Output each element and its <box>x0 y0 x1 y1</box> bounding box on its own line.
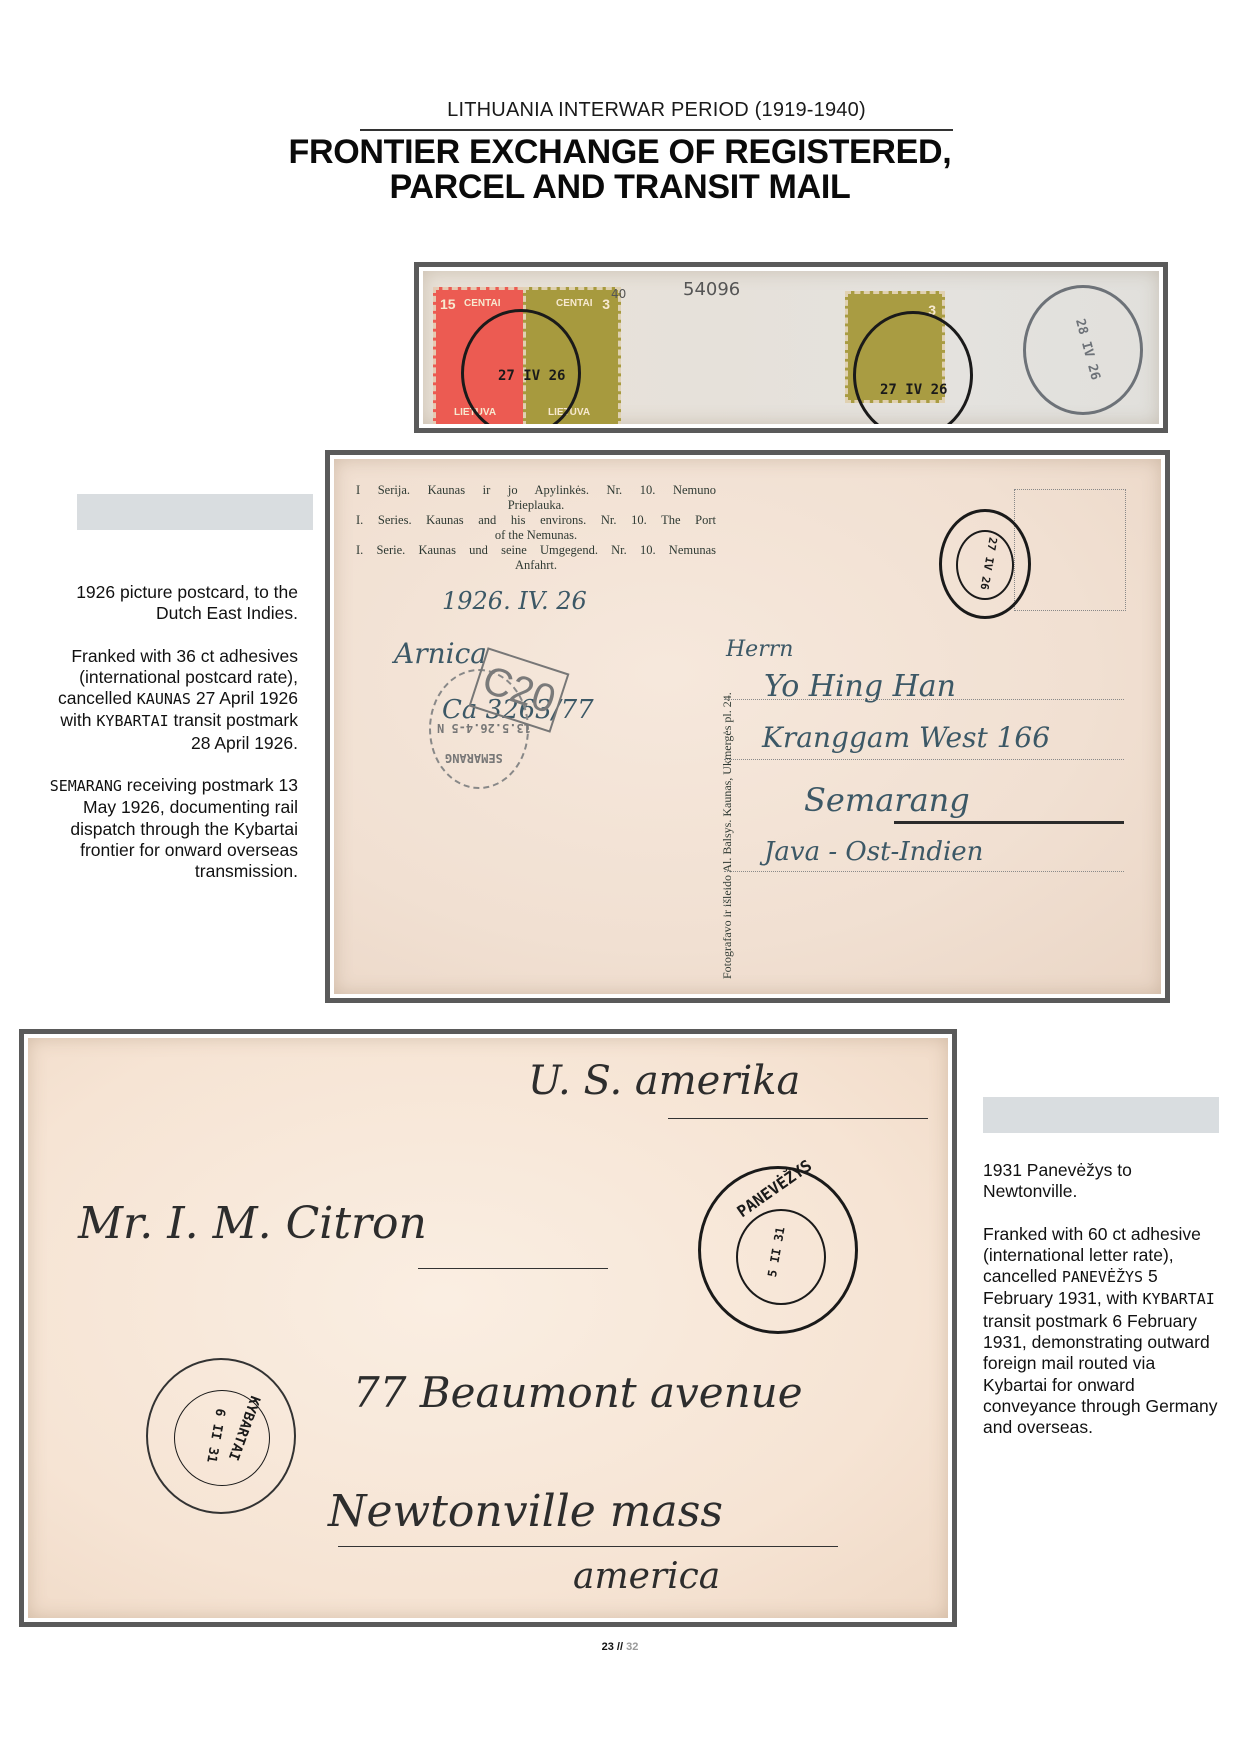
caption-postcard-intro: 1926 picture postcard, to the Dutch East… <box>40 582 298 625</box>
page-title: FRONTIER EXCHANGE OF REGISTERED, PARCEL … <box>250 135 990 205</box>
panevezys-postmark: PANEVĖŽYS 5 II 31 <box>698 1166 858 1334</box>
caption-postcard-franking: Franked with 36 ct adhesives (internatio… <box>40 646 298 754</box>
caption-envelope-intro: 1931 Panevėžys to Newtonville. <box>983 1160 1223 1203</box>
stamp-placement-box <box>1014 489 1126 611</box>
title-line-1: FRONTIER EXCHANGE OF REGISTERED, <box>250 135 990 170</box>
postcard-publisher-imprint: Fotografavo ir išleido Al. Balsys. Kauna… <box>720 499 740 979</box>
caption-header-bar-2 <box>983 1097 1219 1133</box>
postcard-image: I Serija. Kaunas ir jo Apylinkės. Nr. 10… <box>325 450 1170 1003</box>
page-subtitle: LITHUANIA INTERWAR PERIOD (1919-1940) <box>360 99 953 122</box>
kaunas-postmark-2: 27 IV 26 <box>853 311 973 424</box>
kaunas-postmark-card: 27 IV 26 <box>939 509 1031 619</box>
title-line-2: PARCEL AND TRANSIT MAIL <box>250 170 990 205</box>
envelope-image: U. S. amerika Mr. I. M. Citron PANEVĖŽYS… <box>19 1029 957 1627</box>
kybartai-postmark: 28 IV 26 <box>1023 285 1143 415</box>
page-number: 23 // 32 <box>560 1641 680 1653</box>
header-divider <box>360 129 953 131</box>
caption-envelope-franking: Franked with 60 ct adhesive (internation… <box>983 1224 1223 1439</box>
kybartai-postmark-envelope: 6 II 31 KYBARTAI <box>146 1358 296 1514</box>
stamp-strip-image: 15 CENTAI LIETUVA CENTAI 3 LIETUVA 3 27 … <box>414 262 1168 433</box>
caption-postcard-receiving: SEMARANG receiving postmark 13 May 1926,… <box>40 775 298 882</box>
postcard-printed-caption: I Serija. Kaunas ir jo Apylinkės. Nr. 10… <box>356 483 716 573</box>
caption-envelope: 1931 Panevėžys to Newtonville. Franked w… <box>983 1160 1223 1460</box>
caption-header-bar <box>77 494 313 530</box>
caption-postcard: 1926 picture postcard, to the Dutch East… <box>40 582 298 904</box>
